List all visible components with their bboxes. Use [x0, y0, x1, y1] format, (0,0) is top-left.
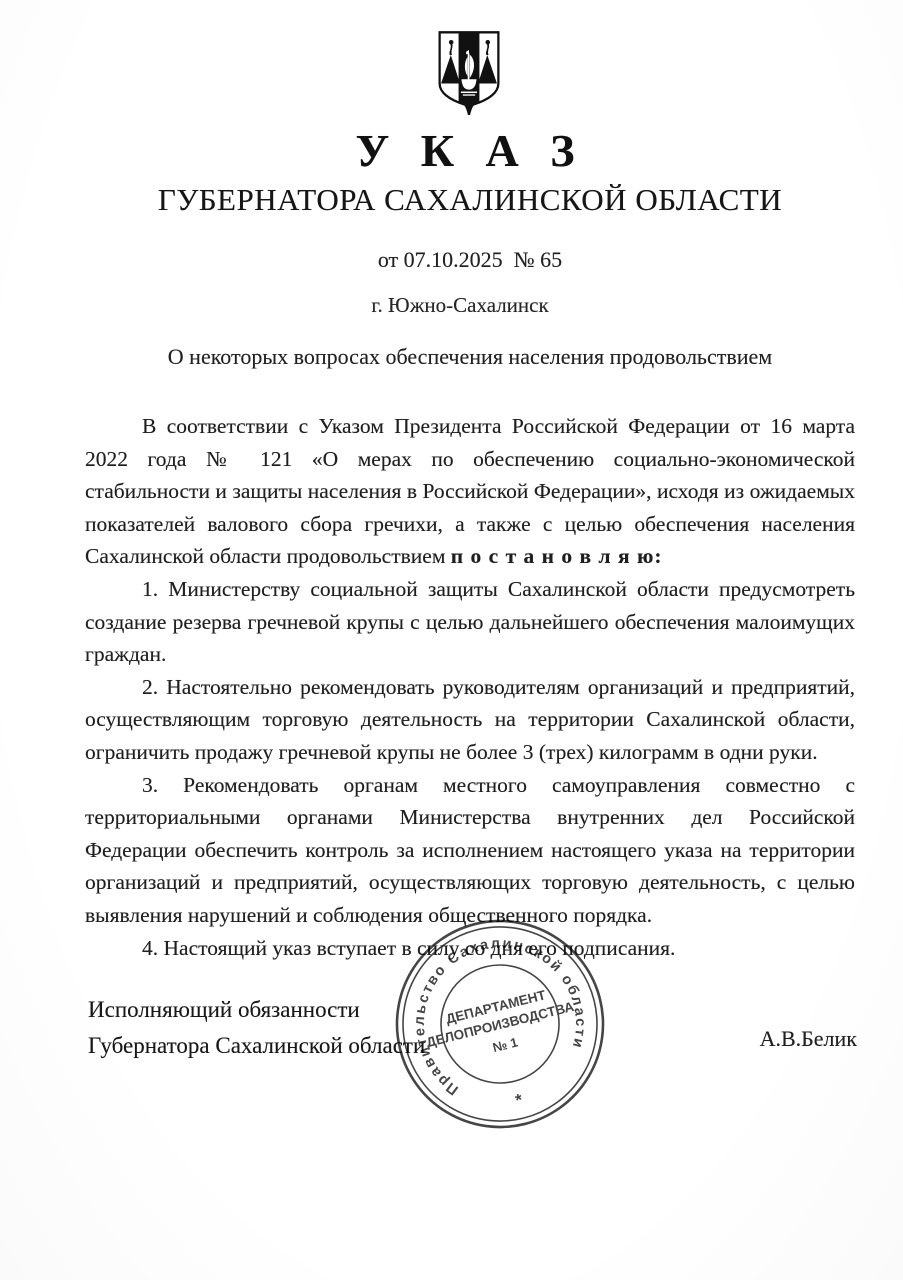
decree-body: В соответствии с Указом Президента Росси…: [85, 410, 855, 964]
stamp-center-line-3: № 1: [491, 1035, 519, 1056]
decree-item-1: 1. Министерству социальной защиты Сахали…: [85, 573, 855, 671]
city-line: г. Южно-Сахалинск: [0, 293, 903, 318]
stamp-bottom-star: *: [513, 1090, 524, 1110]
date-and-number-line: от 07.10.2025 № 65: [0, 247, 903, 273]
decree-document-page: У К А З ГУБЕРНАТОРА САХАЛИНСКОЙ ОБЛАСТИ …: [0, 0, 903, 1280]
sakhalin-coat-of-arms-icon: [433, 28, 505, 120]
resolution-word: п о с т а н о в л я ю:: [451, 544, 663, 568]
document-type-title: У К А З: [0, 124, 903, 177]
preamble-paragraph: В соответствии с Указом Президента Росси…: [85, 410, 855, 573]
decree-item-2: 2. Настоятельно рекомендовать руководите…: [85, 671, 855, 769]
document-subject: О некоторых вопросах обеспечения населен…: [0, 344, 903, 370]
document-issuer: ГУБЕРНАТОРА САХАЛИНСКОЙ ОБЛАСТИ: [0, 182, 903, 218]
decree-item-3: 3. Рекомендовать органам местного самоуп…: [85, 769, 855, 932]
signer-name: А.В.Белик: [760, 1026, 857, 1052]
